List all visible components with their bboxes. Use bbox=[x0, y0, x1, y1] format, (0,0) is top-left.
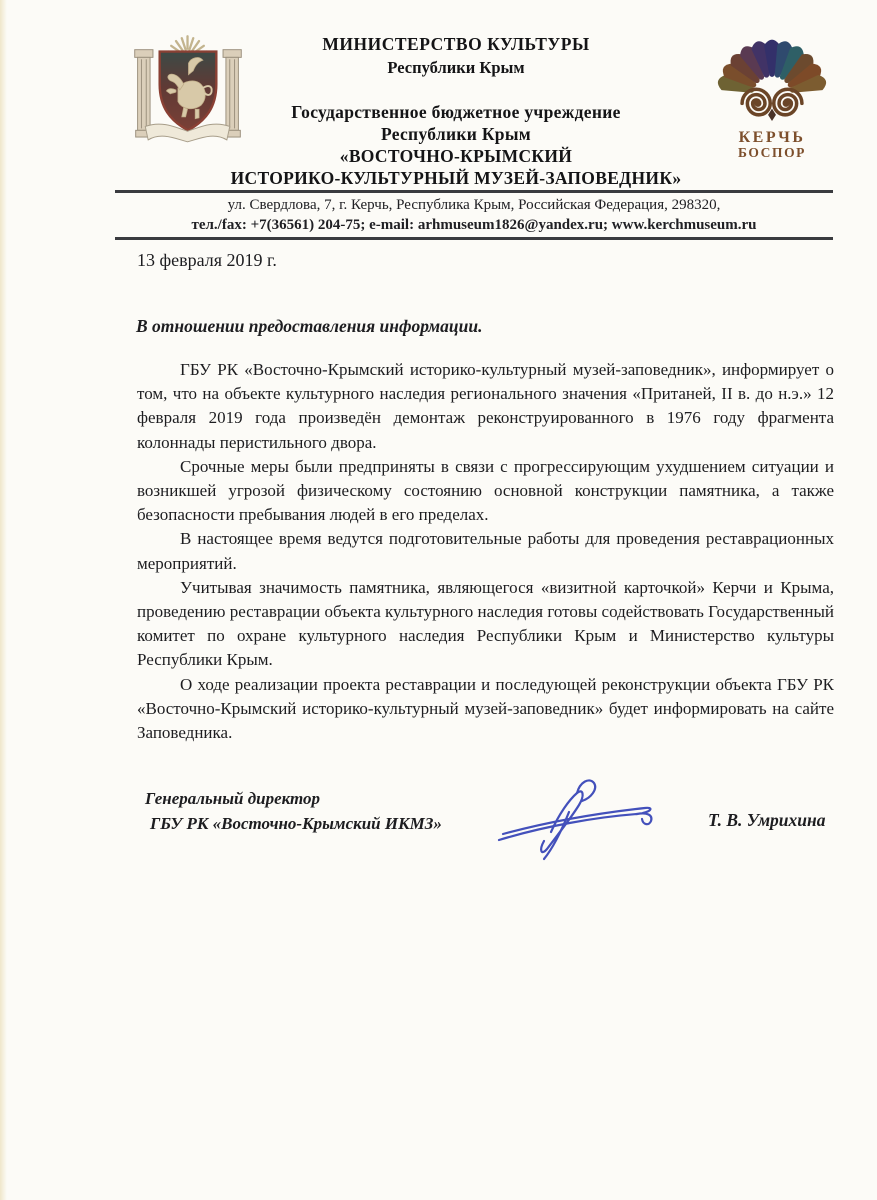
contact-block: ул. Свердлова, 7, г. Керчь, Республика К… bbox=[115, 196, 833, 235]
letter-body: ГБУ РК «Восточно-Крымский историко-культ… bbox=[137, 358, 834, 745]
signer-name: Т. В. Умрихина bbox=[708, 810, 825, 831]
org-line-3: «ВОСТОЧНО-КРЫМСКИЙ bbox=[106, 145, 806, 167]
org-line-1: Государственное бюджетное учреждение bbox=[106, 101, 806, 123]
palmette-fan-icon bbox=[716, 39, 828, 98]
scanned-letter-page: МИНИСТЕРСТВО КУЛЬТУРЫ Республики Крым Го… bbox=[0, 0, 877, 1200]
letter-paragraph: ГБУ РК «Восточно-Крымский историко-культ… bbox=[137, 358, 834, 455]
spiral-left-icon bbox=[742, 89, 770, 115]
scan-edge-tint bbox=[0, 0, 7, 1200]
letterhead-center: МИНИСТЕРСТВО КУЛЬТУРЫ Республики Крым Го… bbox=[106, 34, 806, 189]
letter-paragraph: Учитывая значимость памятника, являющего… bbox=[137, 576, 834, 673]
spiral-right-icon bbox=[774, 89, 802, 115]
org-line-2: Республики Крым bbox=[106, 123, 806, 145]
logo-title: КЕРЧЬ bbox=[704, 130, 840, 146]
kerch-bospor-logo: КЕРЧЬ БОСПОР bbox=[704, 10, 840, 160]
signer-position-line-2: ГБУ РК «Восточно-Крымский ИКМЗ» bbox=[145, 811, 442, 836]
letter-date: 13 февраля 2019 г. bbox=[137, 250, 277, 271]
org-line-4: ИСТОРИКО-КУЛЬТУРНЫЙ МУЗЕЙ-ЗАПОВЕДНИК» bbox=[106, 167, 806, 189]
signer-position: Генеральный директор ГБУ РК «Восточно-Кр… bbox=[145, 786, 442, 836]
handwritten-signature-icon bbox=[485, 770, 675, 870]
letter-paragraph: В настоящее время ведутся подготовительн… bbox=[137, 527, 834, 575]
ministry-region: Республики Крым bbox=[106, 58, 806, 78]
header-divider-top bbox=[115, 190, 833, 193]
postal-address: ул. Свердлова, 7, г. Керчь, Республика К… bbox=[115, 196, 833, 216]
letter-subject: В отношении предоставления информации. bbox=[136, 316, 482, 337]
logo-subtitle: БОСПОР bbox=[704, 146, 840, 160]
ministry-name: МИНИСТЕРСТВО КУЛЬТУРЫ bbox=[106, 34, 806, 55]
signer-position-line-1: Генеральный директор bbox=[145, 786, 442, 811]
header-divider-bottom bbox=[115, 237, 833, 240]
letter-paragraph: Срочные меры были предприняты в связи с … bbox=[137, 455, 834, 528]
letter-paragraph: О ходе реализации проекта реставрации и … bbox=[137, 673, 834, 746]
phone-email-website: тел./fax: +7(36561) 204-75; e-mail: arhm… bbox=[115, 216, 833, 236]
